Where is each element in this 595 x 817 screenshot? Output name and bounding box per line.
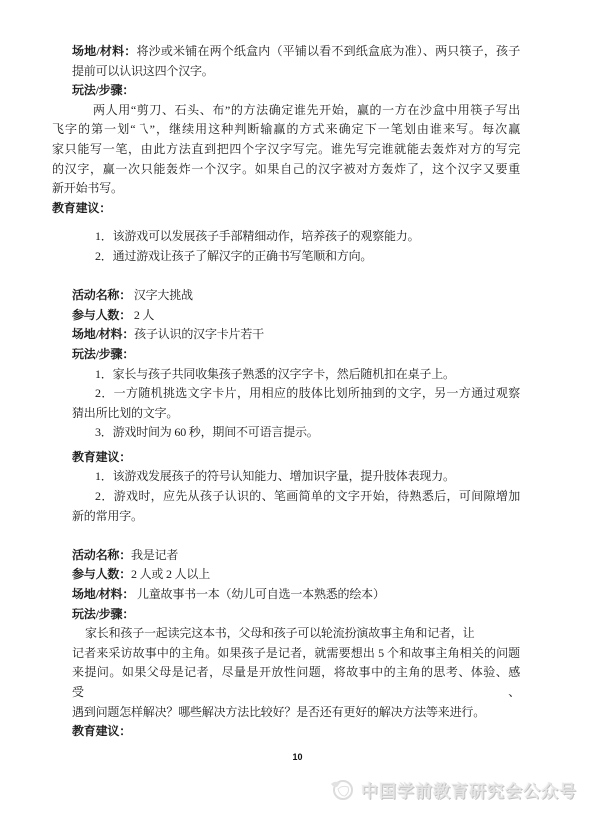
text-line: 玩法/步骤： bbox=[72, 345, 520, 365]
field-label: 活动名称： bbox=[72, 288, 131, 302]
watermark-text: 中国学前教育研究会公众号 bbox=[361, 777, 577, 802]
body-text: 3．游戏时间为 60 秒，期间不可语言提示。 bbox=[95, 425, 319, 439]
field-label: 活动名称： bbox=[72, 548, 131, 562]
text-line: 参与人数：2 人或 2 人以上 bbox=[72, 565, 520, 585]
body-text: 2．游戏时，应先从孩子认识的、笔画简单的文字开始，待熟悉后，可间隙增加 bbox=[95, 489, 520, 503]
field-label: 玩法/步骤： bbox=[72, 347, 134, 361]
body-text: 1．该游戏发展孩子的符号认知能力、增加识字量，提升肢体表现力。 bbox=[95, 469, 455, 483]
watermark: 中国学前教育研究会公众号 bbox=[329, 776, 577, 802]
text-line: 玩法/步骤： bbox=[72, 605, 520, 625]
text-line: 2．一方随机挑选文字卡片，用相应的肢体比划所抽到的文字，另一方通过观察 bbox=[72, 384, 520, 404]
body-text: 遇到问题怎样解决？哪些解决方法比较好？是否还有更好的解决方法等来进行。 bbox=[72, 705, 485, 719]
text-line: 3．游戏时间为 60 秒，期间不可语言提示。 bbox=[72, 423, 520, 443]
text-line: 活动名称：我是记者 bbox=[72, 546, 520, 566]
body-text: 2．通过游戏让孩子了解汉字的正确书写笔顺和方向。 bbox=[95, 249, 372, 263]
text-line: 教育建议： bbox=[52, 199, 520, 219]
text-line: 教育建议： bbox=[72, 448, 520, 468]
field-label: 场地/材料： bbox=[72, 587, 134, 601]
text-line: 1．该游戏发展孩子的符号认知能力、增加识字量，提升肢体表现力。 bbox=[72, 467, 520, 487]
text-line: 家只能写一笔，由此方法直到把四个字汉字写完。谁先写完谁就能去轰炸对方的写完 bbox=[52, 140, 520, 160]
field-label: 参与人数： bbox=[72, 308, 131, 322]
document-page: 场地/材料：将沙或米铺在两个纸盒内（平铺以看不到纸盒底为准）、两只筷子，孩子提前… bbox=[0, 0, 595, 817]
body-text: 新开始书写。 bbox=[52, 181, 123, 195]
text-line: 2．通过游戏让孩子了解汉字的正确书写笔顺和方向。 bbox=[72, 247, 520, 267]
body-text: 提前可以认识这四个汉字。 bbox=[72, 64, 214, 78]
text-line: 新的常用字。 bbox=[72, 507, 520, 527]
blank-line bbox=[72, 267, 520, 287]
document-body: 场地/材料：将沙或米铺在两个纸盒内（平铺以看不到纸盒底为准）、两只筷子，孩子提前… bbox=[72, 42, 520, 742]
body-text: 飞字的第一划“乁”，继续用这种判断输赢的方式来确定下一笔划由谁来写。每次赢 bbox=[52, 122, 520, 136]
body-text: 1．该游戏可以发展孩子手部精细动作，培养孩子的观察能力。 bbox=[95, 229, 419, 243]
text-line: 新开始书写。 bbox=[52, 179, 520, 199]
body-text: 记者来采访故事中的主角。如果孩子是记者，就需要想出 5 个和故事主角相关的问题 bbox=[72, 646, 520, 660]
text-line: 玩法/步骤： bbox=[72, 81, 520, 101]
field-label: 场地/材料： bbox=[72, 44, 136, 58]
text-line: 活动名称： 汉字大挑战 bbox=[72, 286, 520, 306]
field-label: 教育建议： bbox=[72, 724, 131, 738]
body-text: 新的常用字。 bbox=[72, 509, 143, 523]
body-text: 我是记者 bbox=[131, 548, 178, 562]
field-label: 参与人数： bbox=[72, 567, 131, 581]
text-line: 参与人数： 2 人 bbox=[72, 306, 520, 326]
body-text: 汉字大挑战 bbox=[131, 288, 193, 302]
body-text: 1．家长与孩子共同收集孩子熟悉的汉字字卡，然后随机扣在桌子上。 bbox=[95, 367, 455, 381]
text-line: 两人用“剪刀、石头、布”的方法确定谁先开始，赢的一方在沙盒中用筷子写出 bbox=[52, 101, 520, 121]
text-line: 场地/材料：将沙或米铺在两个纸盒内（平铺以看不到纸盒底为准）、两只筷子，孩子 bbox=[72, 42, 520, 62]
text-line: 家长和孩子一起读完这本书，父母和孩子可以轮流扮演故事主角和记者，让 bbox=[72, 624, 520, 644]
body-text: 将沙或米铺在两个纸盒内（平铺以看不到纸盒底为准）、两只筷子，孩子 bbox=[136, 44, 520, 58]
body-text: 家长和孩子一起读完这本书，父母和孩子可以轮流扮演故事主角和记者，让 bbox=[85, 626, 474, 640]
body-text: 孩子认识的汉字卡片若干 bbox=[134, 327, 264, 341]
page-number: 10 bbox=[0, 752, 595, 762]
text-line: 教育建议： bbox=[72, 722, 520, 742]
research-association-logo-icon bbox=[329, 776, 355, 802]
text-line: 的汉字，赢一次只能轰炸一个汉字。如果自己的汉字被对方轰炸了，这个汉字又要重 bbox=[52, 160, 520, 180]
body-text: 家只能写一笔，由此方法直到把四个字汉字写完。谁先写完谁就能去轰炸对方的写完 bbox=[52, 142, 520, 156]
body-text: 两人用“剪刀、石头、布”的方法确定谁先开始，赢的一方在沙盒中用筷子写出 bbox=[93, 103, 520, 117]
field-label: 玩法/步骤： bbox=[72, 83, 134, 97]
field-label: 教育建议： bbox=[72, 450, 131, 464]
body-text: 2 人 bbox=[131, 308, 154, 322]
text-line: 猜出所比划的文字。 bbox=[72, 404, 520, 424]
text-line: 2．游戏时，应先从孩子认识的、笔画简单的文字开始，待熟悉后，可间隙增加 bbox=[72, 487, 520, 507]
body-text: 2．一方随机挑选文字卡片，用相应的肢体比划所抽到的文字，另一方通过观察 bbox=[95, 386, 520, 400]
text-line: 遇到问题怎样解决？哪些解决方法比较好？是否还有更好的解决方法等来进行。 bbox=[72, 703, 520, 723]
field-label: 场地/材料： bbox=[72, 327, 134, 341]
blank-line bbox=[72, 526, 520, 546]
field-label: 教育建议： bbox=[52, 201, 111, 215]
body-text: 2 人或 2 人以上 bbox=[131, 567, 210, 581]
text-line: 记者来采访故事中的主角。如果孩子是记者，就需要想出 5 个和故事主角相关的问题 bbox=[72, 644, 520, 664]
body-text: 猜出所比划的文字。 bbox=[72, 406, 178, 420]
body-text: 的汉字，赢一次只能轰炸一个汉字。如果自己的汉字被对方轰炸了，这个汉字又要重 bbox=[52, 162, 520, 176]
text-line: 1．该游戏可以发展孩子手部精细动作，培养孩子的观察能力。 bbox=[72, 227, 520, 247]
text-line: 飞字的第一划“乁”，继续用这种判断输赢的方式来确定下一笔划由谁来写。每次赢 bbox=[52, 120, 520, 140]
text-line: 1．家长与孩子共同收集孩子熟悉的汉字字卡，然后随机扣在桌子上。 bbox=[72, 365, 520, 385]
text-line: 提前可以认识这四个汉字。 bbox=[72, 62, 520, 82]
body-text: 来提问。如果父母是记者，尽量是开放性问题，将故事中的主角的思考、体验、感受、 bbox=[72, 665, 520, 699]
text-line: 来提问。如果父母是记者，尽量是开放性问题，将故事中的主角的思考、体验、感受、 bbox=[72, 663, 520, 702]
text-line: 场地/材料：孩子认识的汉字卡片若干 bbox=[72, 325, 520, 345]
body-text: 儿童故事书一本（幼儿可自选一本熟悉的绘本） bbox=[134, 587, 385, 601]
text-line: 场地/材料： 儿童故事书一本（幼儿可自选一本熟悉的绘本） bbox=[72, 585, 520, 605]
field-label: 玩法/步骤： bbox=[72, 607, 134, 621]
